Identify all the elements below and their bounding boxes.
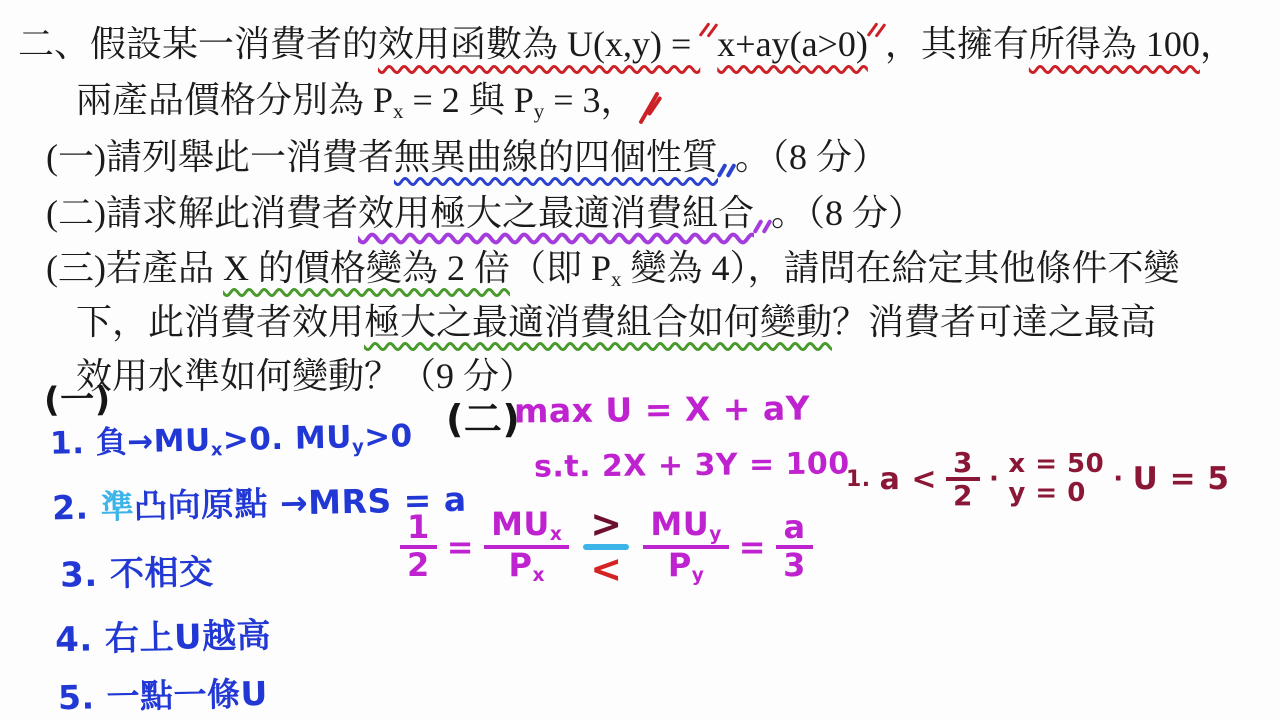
muy-subscript: y	[352, 436, 365, 457]
green-underlined-bundle-change: 極大之最適消費組合如何變動	[364, 302, 832, 342]
line5-pre: (三)若產品	[46, 248, 223, 288]
denominator: 3	[776, 549, 813, 583]
property-item-5: 5. 一點一條U	[58, 668, 269, 719]
y-subscript: y	[692, 565, 705, 586]
line3-pre: (一)請列舉此一消費者	[46, 137, 394, 177]
px-subscript: x	[393, 99, 403, 123]
equals-sign: =	[447, 528, 474, 566]
blue-tick-mark	[720, 163, 733, 178]
separator-dot: ·	[989, 464, 999, 494]
greater-or-less-comparator: > <	[583, 508, 629, 585]
purple-underlined-optimal-bundle: 效用極大之最適消費組合	[358, 193, 754, 233]
denominator: 2	[946, 481, 980, 510]
red-open-quote-mark	[702, 21, 715, 38]
denominator: Px	[502, 549, 552, 586]
answer2-marker: (二)	[446, 388, 520, 443]
line1-end: ，	[1200, 24, 1236, 64]
line4-pre: (二)請求解此消費者	[46, 193, 358, 233]
p-label: P	[509, 546, 533, 584]
numerator: 1	[400, 511, 437, 549]
less-than-sign: <	[590, 553, 622, 585]
equals-sign: =	[739, 528, 766, 566]
px-subscript: x	[611, 267, 621, 291]
case-condition: a <	[880, 462, 937, 497]
mux-subscript: x	[211, 439, 224, 460]
denominator: Py	[661, 549, 712, 586]
red-close-quote-mark	[870, 21, 883, 38]
fraction-muy-over-py: MUy Py	[643, 508, 728, 585]
mu-label: MU	[491, 505, 550, 543]
property1-text: >0	[364, 418, 413, 455]
x-solution: x = 50	[1008, 450, 1104, 480]
case1-solution: 1. a < 3 2 · x = 50 y = 0 · U = 5	[846, 448, 1229, 511]
line1-pre: 二、假設某一消費者的	[18, 24, 378, 64]
red-check-mark	[647, 90, 660, 126]
problem-line-4: (二)請求解此消費者效用極大之最適消費組合。（8 分）	[46, 185, 924, 236]
numerator: MUx	[484, 508, 569, 549]
mu-label: MU	[650, 505, 709, 543]
property2-highlighted-char: 準	[100, 487, 134, 527]
property-item-3: 3. 不相交	[60, 544, 214, 596]
solution-values: x = 50 y = 0	[1008, 450, 1104, 510]
line5-post: （即 P	[510, 248, 611, 288]
problem-line-2: 兩產品價格分別為 Px = 2 與 Py = 3，	[76, 72, 660, 124]
green-underlined-price-change: X 的價格變為 2 倍	[223, 248, 510, 288]
property1-text: >0. MU	[222, 419, 352, 458]
objective-formula: max U = X + aY	[514, 388, 810, 430]
greater-than-sign: >	[590, 508, 622, 540]
y-subscript: y	[709, 524, 722, 545]
property-item-1: 1. 負→MUx>0. MUy>0	[50, 410, 414, 464]
problem-line-6: 下，此消費者效用極大之最適消費組合如何變動？消費者可達之最高	[76, 294, 1156, 345]
line6-pre: 下，此消費者效用	[76, 302, 364, 342]
numerator: 3	[946, 448, 980, 481]
answer1-marker: (一)	[44, 372, 111, 422]
problem-line-5: (三)若產品 X 的價格變為 2 倍（即 Px 變為 4），請問在給定其他條件不…	[46, 240, 1179, 292]
red-underlined-utility-function: 效用函數為 U(x,y) =	[378, 24, 700, 64]
worksheet-page: 二、假設某一消費者的效用函數為 U(x,y) = x+ay(a>0)，其擁有所得…	[0, 0, 1280, 720]
line2-text: = 3，	[544, 80, 636, 120]
numerator: a	[776, 511, 812, 549]
equality-condition-row: 1 2 = MUx Px > < MUy Py = a 3	[400, 508, 813, 585]
separator-dot: ·	[1113, 464, 1123, 494]
line6-post: ？消費者可達之最高	[832, 302, 1156, 342]
numerator: MUy	[643, 508, 728, 549]
problem-line-3: (一)請列舉此一消費者無異曲線的四個性質。（8 分）	[46, 129, 888, 180]
line5-post: 變為 4），請問在給定其他條件不變	[621, 248, 1179, 288]
property1-text: 1. 負→MU	[50, 422, 211, 461]
case-number: 1.	[846, 467, 871, 492]
problem-line-1: 二、假設某一消費者的效用函數為 U(x,y) = x+ay(a>0)，其擁有所得…	[18, 16, 1236, 67]
line1-mid: ，其擁有	[885, 24, 1029, 64]
red-underlined-income: 所得為 100	[1029, 24, 1200, 64]
line2-text: 兩產品價格分別為 P	[76, 80, 393, 120]
line4-post: 。（8 分）	[771, 193, 924, 233]
fraction-three-halves: 3 2	[946, 448, 980, 511]
property-item-4: 4. 右上U越高	[55, 608, 272, 662]
denominator: 2	[400, 549, 437, 583]
line3-post: 。（8 分）	[735, 137, 888, 177]
red-underlined-formula: x+ay(a>0)	[717, 24, 868, 64]
property2-number: 2.	[52, 487, 101, 527]
py-subscript: y	[534, 99, 544, 123]
constraint-formula: s.t. 2X + 3Y = 100	[534, 446, 850, 484]
fraction-mux-over-px: MUx Px	[484, 508, 569, 585]
line2-text: = 2 與 P	[403, 80, 533, 120]
purple-tick-mark	[756, 219, 769, 234]
x-subscript: x	[532, 565, 544, 586]
fraction-one-half: 1 2	[400, 511, 437, 582]
p-label: P	[668, 546, 692, 584]
x-subscript: x	[550, 524, 562, 545]
y-solution: y = 0	[1008, 479, 1085, 509]
utility-result: U = 5	[1133, 461, 1230, 497]
blue-underlined-properties: 無異曲線的四個性質	[394, 137, 718, 177]
fraction-a-over-3: a 3	[776, 511, 813, 582]
